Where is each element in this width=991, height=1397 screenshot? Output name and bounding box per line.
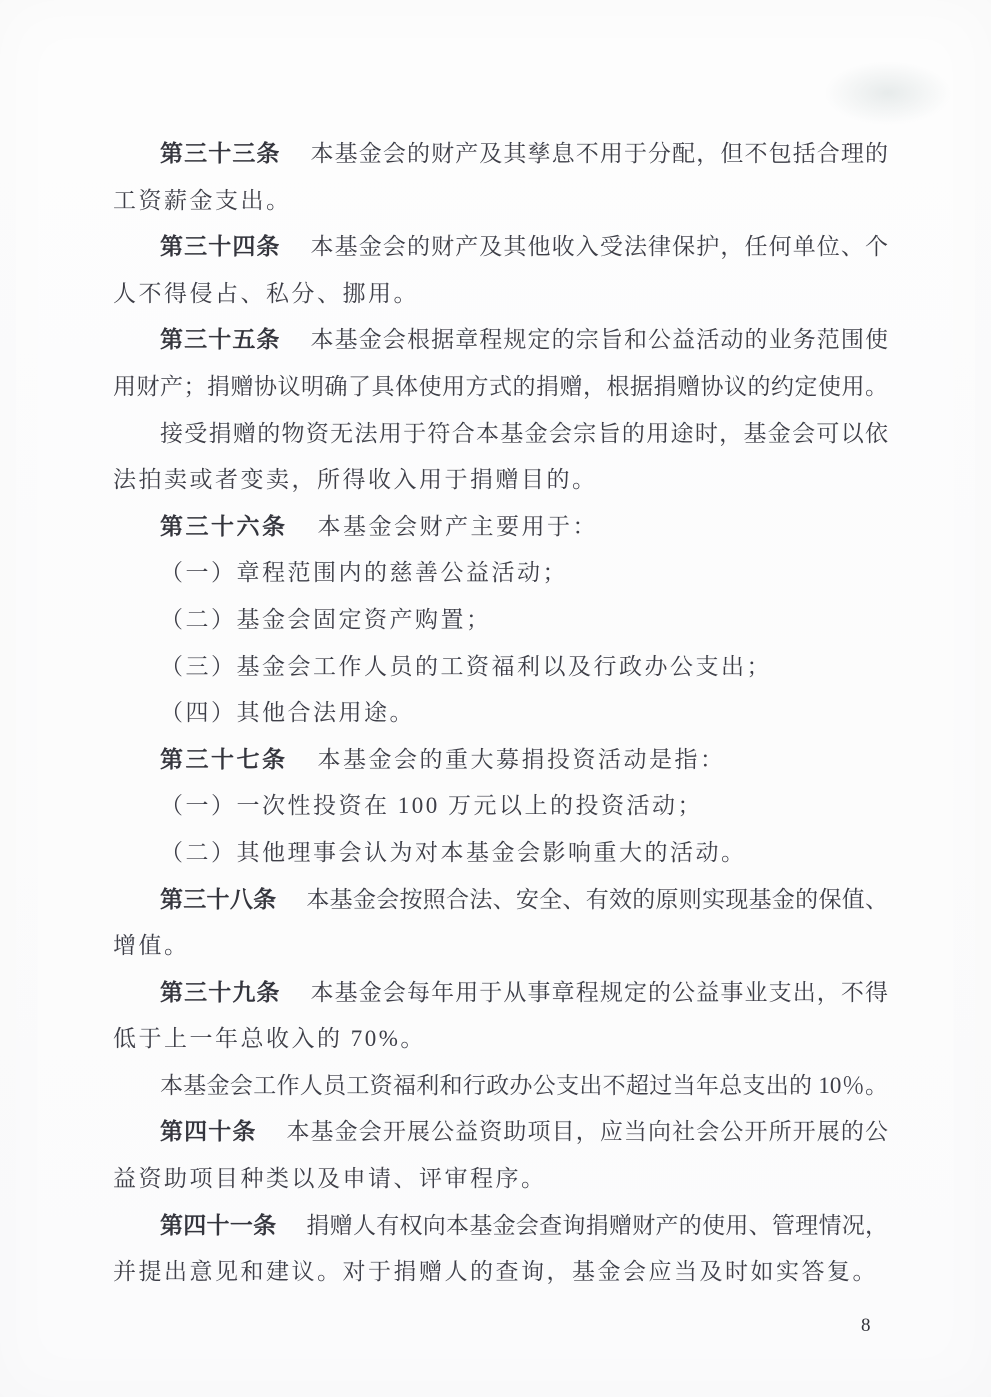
text-line: 工资薪金支出。: [113, 178, 888, 225]
page-number: 8: [861, 1312, 871, 1340]
text-line: 增值。: [113, 923, 888, 970]
document-body: 第三十三条本基金会的财产及其孳息不用于分配，但不包括合理的工资薪金支出。第三十四…: [113, 131, 888, 1296]
text-line: （二）其他理事会认为对本基金会影响重大的活动。: [113, 830, 888, 877]
text-line: 并提出意见和建议。对于捐赠人的查询，基金会应当及时如实答复。: [113, 1249, 888, 1296]
article-line: 第三十八条本基金会按照合法、安全、有效的原则实现基金的保值、: [113, 877, 888, 924]
text-line: （二）基金会固定资产购置；: [113, 597, 888, 644]
article-line: 第三十三条本基金会的财产及其孳息不用于分配，但不包括合理的: [113, 131, 888, 178]
article-line: 第四十条本基金会开展公益资助项目，应当向社会公开所开展的公: [113, 1109, 888, 1156]
text-line: 接受捐赠的物资无法用于符合本基金会宗旨的用途时，基金会可以依: [113, 411, 888, 458]
text-line: （一）一次性投资在 100 万元以上的投资活动；: [113, 783, 888, 830]
article-line: 第三十七条本基金会的重大募捐投资活动是指：: [113, 737, 888, 784]
article-line: 第四十一条捐赠人有权向本基金会查询捐赠财产的使用、管理情况，: [113, 1203, 888, 1250]
article-number: 第三十四条: [160, 234, 281, 259]
article-number: 第三十八条: [160, 887, 276, 912]
text-line: 法拍卖或者变卖，所得收入用于捐赠目的。: [113, 457, 888, 504]
article-line: 第三十六条本基金会财产主要用于：: [113, 504, 888, 551]
text-line: 益资助项目种类以及申请、评审程序。: [113, 1156, 888, 1203]
text-line: （四）其他合法用途。: [113, 690, 888, 737]
article-number: 第四十一条: [160, 1213, 276, 1238]
article-number: 第三十九条: [160, 980, 281, 1005]
article-number: 第三十六条: [160, 514, 288, 539]
document-page: 第三十三条本基金会的财产及其孳息不用于分配，但不包括合理的工资薪金支出。第三十四…: [0, 0, 991, 1397]
text-line: （三）基金会工作人员的工资福利以及行政办公支出；: [113, 644, 888, 691]
text-line: 低于上一年总收入的 70%。: [113, 1016, 888, 1063]
article-number: 第三十七条: [160, 747, 288, 772]
text-line: 用财产；捐赠协议明确了具体使用方式的捐赠，根据捐赠协议的约定使用。: [113, 364, 888, 411]
article-line: 第三十五条本基金会根据章程规定的宗旨和公益活动的业务范围使: [113, 317, 888, 364]
article-number: 第三十五条: [160, 327, 281, 352]
article-line: 第三十九条本基金会每年用于从事章程规定的公益事业支出，不得: [113, 970, 888, 1017]
text-line: 人不得侵占、私分、挪用。: [113, 271, 888, 318]
article-number: 第三十三条: [160, 141, 281, 166]
text-line: （一）章程范围内的慈善公益活动；: [113, 550, 888, 597]
article-number: 第四十条: [160, 1119, 256, 1144]
article-line: 第三十四条本基金会的财产及其他收入受法律保护，任何单位、个: [113, 224, 888, 271]
text-line: 本基金会工作人员工资福利和行政办公支出不超过当年总支出的 10％。: [113, 1063, 888, 1110]
